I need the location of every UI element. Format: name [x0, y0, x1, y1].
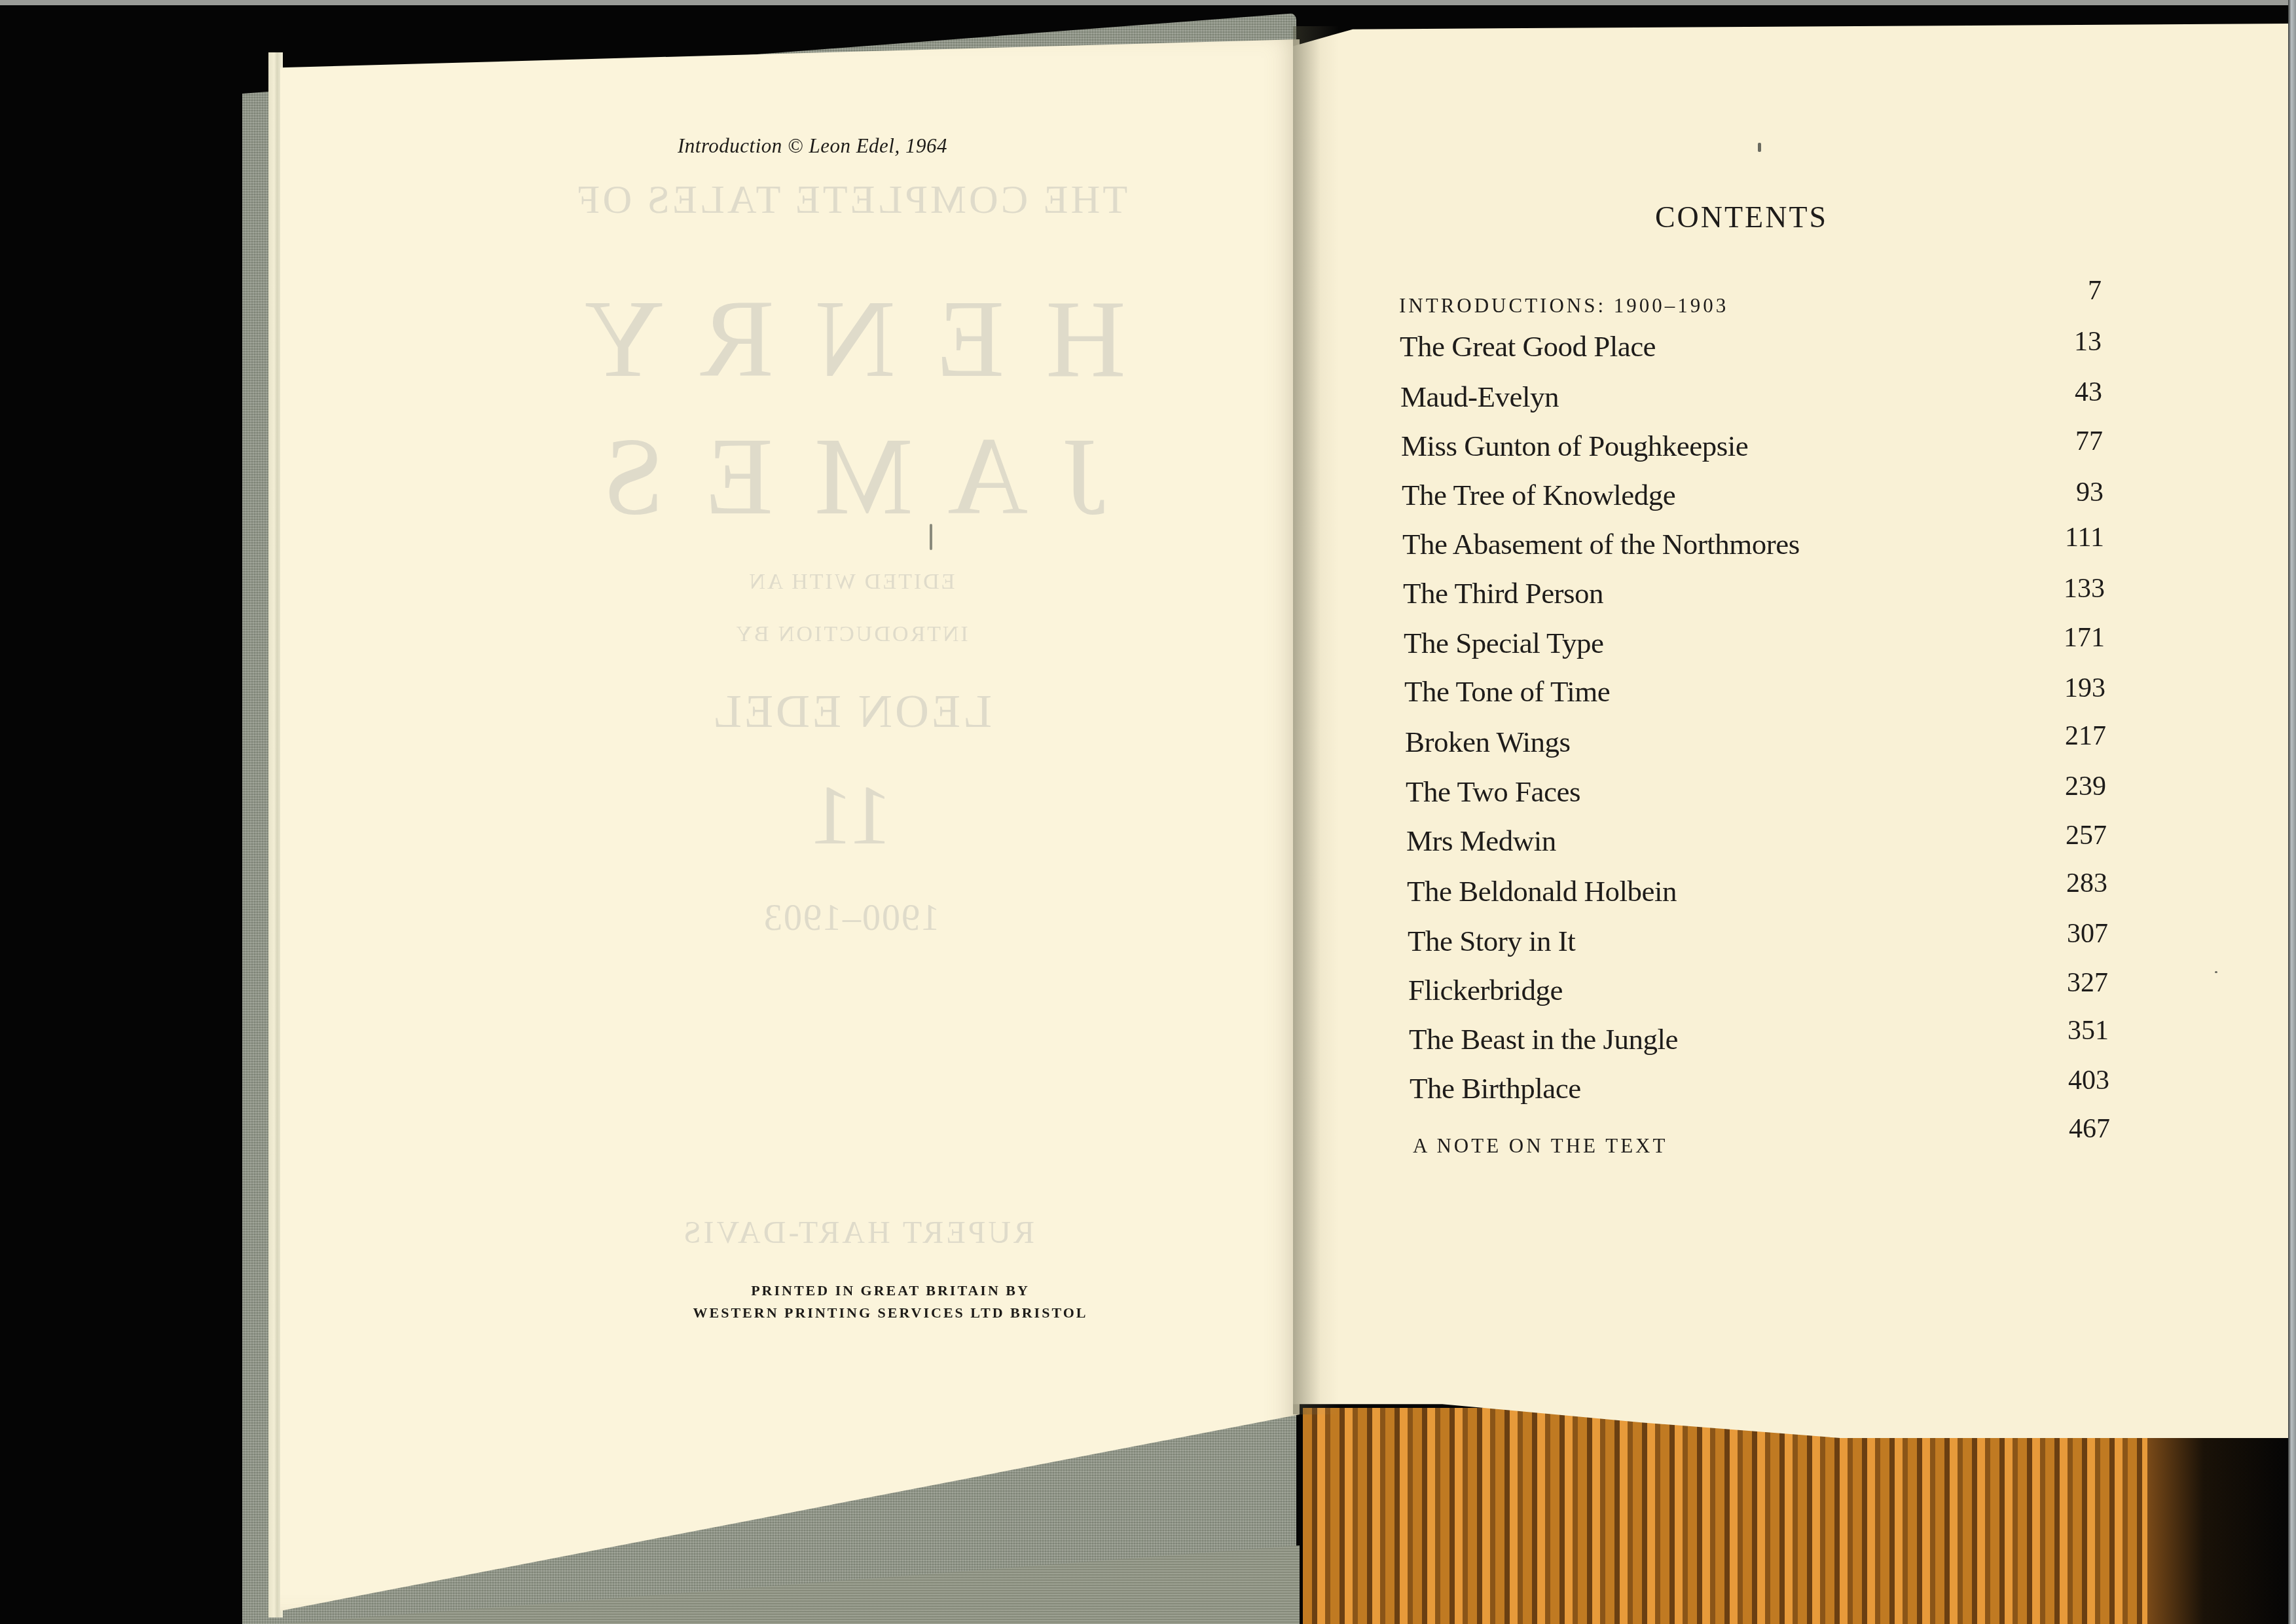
toc-entry-title: The Third Person — [1403, 576, 1603, 610]
scanner-right-edge — [2288, 0, 2296, 1624]
show-through-introduction: INTRODUCTION BY — [642, 622, 1061, 647]
toc-entry: The Great Good Place — [1400, 324, 1656, 363]
toc-entry-page: 77 — [2024, 426, 2103, 457]
show-through-first-name: H E N R Y — [537, 275, 1165, 403]
toc-entry-page: 217 — [2028, 720, 2106, 752]
toc-entry-page: 351 — [2030, 1015, 2109, 1046]
printer-line-1: PRINTED IN GREAT BRITAIN BY — [0, 1282, 1781, 1299]
printer-line-2: WESTERN PRINTING SERVICES LTD BRISTOL — [0, 1304, 1781, 1321]
show-through-years: 1900–1903 — [720, 897, 982, 939]
toc-entry-page: 93 — [2025, 477, 2104, 508]
toc-entry: Maud-Evelyn — [1400, 375, 1559, 414]
toc-entry: The Beast in the Jungle — [1409, 1017, 1678, 1056]
toc-entry-title: The Birthplace — [1410, 1071, 1581, 1105]
toc-entry-title: The Beast in the Jungle — [1409, 1022, 1678, 1056]
toc-entry-page: 7 — [2023, 275, 2102, 306]
toc-entry: Flickerbridge — [1408, 968, 1563, 1007]
toc-entry-title: The Story in It — [1408, 924, 1575, 958]
toc-entry-page: 111 — [2026, 522, 2104, 553]
toc-entry: The Beldonald Holbein — [1407, 869, 1677, 908]
paper-speck — [1758, 143, 1761, 152]
toc-entry-title: A Note on the Text — [1413, 1134, 1667, 1158]
toc-entry: The Special Type — [1404, 621, 1603, 660]
toc-entry-title: The Tree of Knowledge — [1402, 478, 1675, 512]
toc-entry-page: 171 — [2026, 622, 2105, 654]
toc-entry-title: The Tone of Time — [1404, 674, 1610, 709]
toc-entry: The Tree of Knowledge — [1402, 473, 1675, 512]
toc-entry-page: 307 — [2030, 918, 2108, 950]
scanner-lid-edge — [0, 0, 2296, 5]
toc-entry: The Two Faces — [1406, 769, 1580, 809]
toc-entry-page: 257 — [2028, 820, 2107, 851]
toc-entry-title: The Abasement of the Northmores — [1402, 527, 1800, 561]
contents-heading: CONTENTS — [1611, 200, 1872, 234]
toc-entry: Miss Gunton of Poughkeepsie — [1401, 424, 1748, 463]
toc-entry-page: 327 — [2030, 967, 2108, 999]
toc-entry-title: Miss Gunton of Poughkeepsie — [1401, 429, 1748, 463]
toc-entry: Broken Wings — [1405, 720, 1571, 759]
toc-entry-title: Flickerbridge — [1408, 973, 1563, 1007]
toc-entry: The Abasement of the Northmores — [1402, 522, 1800, 561]
toc-entry: A Note on the Text — [1413, 1118, 1667, 1158]
copyright-imprint: Introduction © Leon Edel, 1964 — [678, 134, 947, 158]
paper-speck — [2215, 971, 2217, 973]
show-through-volume: 11 — [799, 766, 903, 864]
show-through-edited: EDITED WITH AN — [655, 570, 1048, 595]
show-through-series-title: THE COMPLETE TALES OF — [524, 177, 1178, 223]
toc-entry: The Tone of Time — [1404, 669, 1610, 709]
toc-entry: The Birthplace — [1410, 1066, 1581, 1105]
scanner-shadow — [2147, 1421, 2288, 1624]
toc-entry-page: 283 — [2029, 868, 2107, 899]
show-through-publisher: RUPERT HART-DAVIS — [629, 1215, 1087, 1251]
toc-entry: The Story in It — [1408, 919, 1575, 958]
paper-speck — [930, 524, 932, 550]
toc-entry-title: Broken Wings — [1405, 725, 1571, 759]
toc-entry-title: Introductions: 1900–1903 — [1399, 294, 1728, 318]
scanner-light-strip — [1303, 1408, 2147, 1624]
toc-entry-title: Maud-Evelyn — [1400, 380, 1559, 414]
toc-entry-title: The Two Faces — [1406, 775, 1580, 809]
toc-entry-page: 133 — [2026, 573, 2105, 604]
gutter-shadow — [1293, 26, 1339, 1414]
toc-entry: The Third Person — [1403, 571, 1603, 610]
toc-entry-page: 13 — [2023, 326, 2102, 358]
toc-entry-title: The Great Good Place — [1400, 329, 1656, 363]
toc-entry-title: The Special Type — [1404, 626, 1603, 660]
toc-entry: Introductions: 1900–1903 — [1399, 278, 1728, 318]
toc-entry-title: Mrs Medwin — [1406, 824, 1556, 858]
show-through-last-name: J A M E S — [570, 413, 1133, 540]
show-through-editor: LEON EDEL — [642, 684, 1061, 739]
toc-entry-page: 239 — [2028, 771, 2106, 802]
toc-entry-page: 43 — [2024, 377, 2102, 408]
toc-entry-page: 467 — [2032, 1113, 2110, 1145]
toc-entry-title: The Beldonald Holbein — [1407, 874, 1677, 908]
toc-entry-page: 193 — [2027, 673, 2105, 704]
toc-entry: Mrs Medwin — [1406, 819, 1556, 858]
toc-entry-page: 403 — [2031, 1065, 2109, 1096]
